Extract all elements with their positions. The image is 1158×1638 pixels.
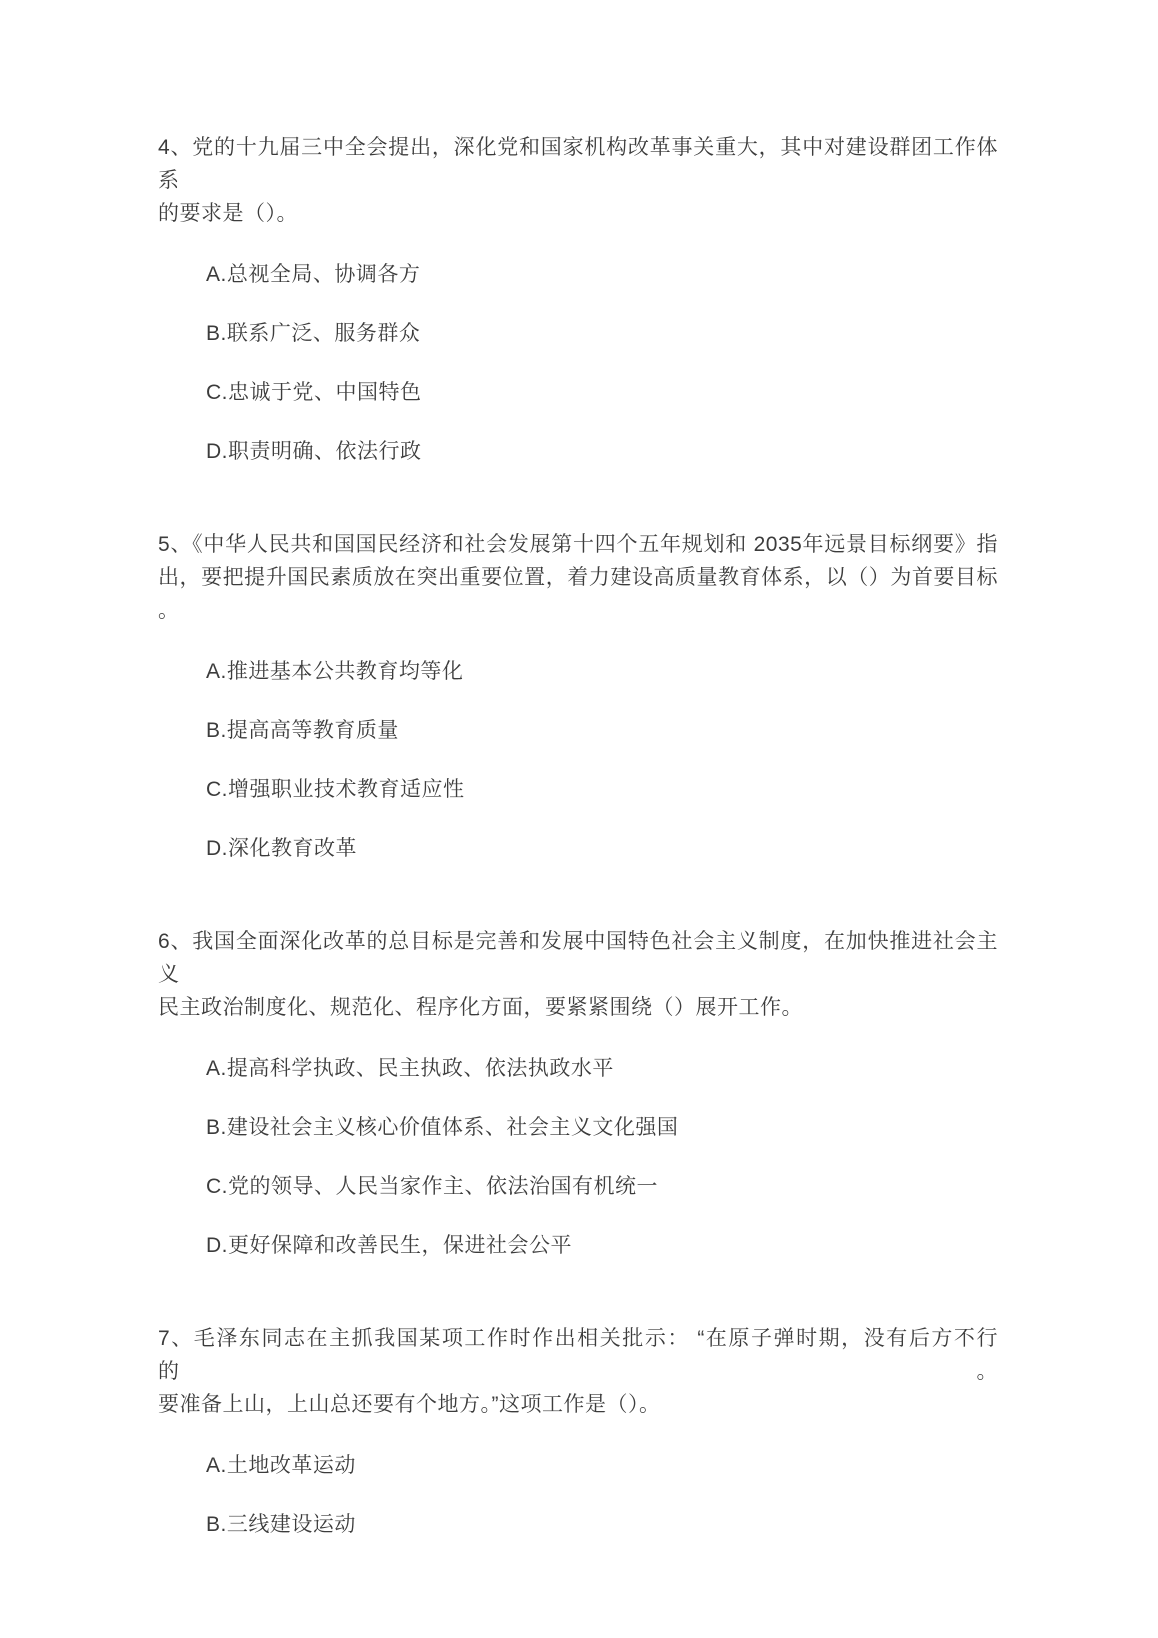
option-a: A.土地改革运动 xyxy=(206,1449,998,1482)
question-5-text: 5、《中华人民共和国国民经济和社会发展第十四个五年规划和 2035年远景目标纲要… xyxy=(158,528,998,627)
question-4: 4、党的十九届三中全会提出，深化党和国家机构改革事关重大，其中对建设群团工作体系… xyxy=(158,131,998,468)
question-6-text: 6、我国全面深化改革的总目标是完善和发展中国特色社会主义制度，在加快推进社会主义… xyxy=(158,925,998,1024)
question-7: 7、毛泽东同志在主抓我国某项工作时作出相关批示： “在原子弹时期，没有后方不行的… xyxy=(158,1322,998,1541)
question-7-options: A.土地改革运动 B.三线建设运动 xyxy=(158,1449,998,1541)
document-page: 4、党的十九届三中全会提出，深化党和国家机构改革事关重大，其中对建设群团工作体系… xyxy=(0,0,1158,1638)
option-a: A.总视全局、协调各方 xyxy=(206,258,998,291)
question-line: 民主政治制度化、规范化、程序化方面，要紧紧围绕（）展开工作。 xyxy=(158,991,998,1024)
question-line: 5、《中华人民共和国国民经济和社会发展第十四个五年规划和 2035年远景目标纲要… xyxy=(158,528,998,561)
option-d: D.深化教育改革 xyxy=(206,832,998,865)
question-line: 4、党的十九届三中全会提出，深化党和国家机构改革事关重大，其中对建设群团工作体系 xyxy=(158,131,998,197)
option-c: C.党的领导、人民当家作主、依法治国有机统一 xyxy=(206,1170,998,1203)
option-b: B.联系广泛、服务群众 xyxy=(206,317,998,350)
option-c: C.增强职业技术教育适应性 xyxy=(206,773,998,806)
option-b: B.建设社会主义核心价值体系、社会主义文化强国 xyxy=(206,1111,998,1144)
question-4-options: A.总视全局、协调各方 B.联系广泛、服务群众 C.忠诚于党、中国特色 D.职责… xyxy=(158,258,998,468)
option-c: C.忠诚于党、中国特色 xyxy=(206,376,998,409)
question-6: 6、我国全面深化改革的总目标是完善和发展中国特色社会主义制度，在加快推进社会主义… xyxy=(158,925,998,1262)
question-line: 。 xyxy=(158,594,998,627)
question-6-options: A.提高科学执政、民主执政、依法执政水平 B.建设社会主义核心价值体系、社会主义… xyxy=(158,1052,998,1262)
question-4-text: 4、党的十九届三中全会提出，深化党和国家机构改革事关重大，其中对建设群团工作体系… xyxy=(158,131,998,230)
question-line: 的要求是（）。 xyxy=(158,197,998,230)
option-a: A.推进基本公共教育均等化 xyxy=(206,655,998,688)
option-b: B.三线建设运动 xyxy=(206,1508,998,1541)
question-line: 6、我国全面深化改革的总目标是完善和发展中国特色社会主义制度，在加快推进社会主义 xyxy=(158,925,998,991)
option-b: B.提高高等教育质量 xyxy=(206,714,998,747)
question-5: 5、《中华人民共和国国民经济和社会发展第十四个五年规划和 2035年远景目标纲要… xyxy=(158,528,998,865)
question-line: 7、毛泽东同志在主抓我国某项工作时作出相关批示： “在原子弹时期，没有后方不行的… xyxy=(158,1322,998,1388)
option-d: D.职责明确、依法行政 xyxy=(206,435,998,468)
question-7-text: 7、毛泽东同志在主抓我国某项工作时作出相关批示： “在原子弹时期，没有后方不行的… xyxy=(158,1322,998,1421)
question-5-options: A.推进基本公共教育均等化 B.提高高等教育质量 C.增强职业技术教育适应性 D… xyxy=(158,655,998,865)
option-a: A.提高科学执政、民主执政、依法执政水平 xyxy=(206,1052,998,1085)
option-d: D.更好保障和改善民生，保进社会公平 xyxy=(206,1229,998,1262)
question-line: 出，要把提升国民素质放在突出重要位置，着力建设高质量教育体系，以（）为首要目标 xyxy=(158,561,998,594)
question-line: 要准备上山，上山总还要有个地方。”这项工作是（）。 xyxy=(158,1388,998,1421)
